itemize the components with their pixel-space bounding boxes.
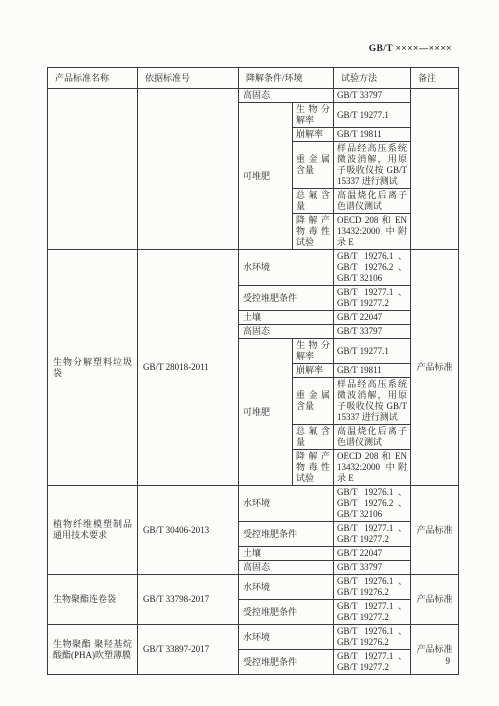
standard-no-cell: GB/T 30406-2013 [138,486,239,575]
document-page: GB/T ××××—×××× 产品标准名称 依据标准号 降解条件/环境 试验方法… [0,0,499,706]
method-cell: GB/T 19277.1、GB/T 19277.2 [334,286,411,311]
env-cell: 高固态 [239,89,334,103]
sub-condition-cell: 总氟含量 [293,189,334,214]
method-cell: GB/T 19276.1、GB/T 19276.2 [334,575,411,600]
method-cell: GB/T 33797 [334,325,411,339]
method-cell: 高温烧化后离子色谱仪测试 [334,189,411,214]
method-cell: OECD 208 和 EN 13432:2000 中附录 E [334,214,411,250]
table-header-row: 产品标准名称 依据标准号 降解条件/环境 试验方法 备注 [48,68,459,89]
table-row: 生物聚酯连卷袋GB/T 33798-2017水环境GB/T 19276.1、GB… [48,575,459,600]
env-cell: 受控堆肥条件 [239,286,334,311]
header-test-method: 试验方法 [334,68,411,89]
sub-condition-cell: 总氟含量 [293,425,334,450]
table-row: 生物分解塑料垃圾袋GB/T 28018-2011水环境GB/T 19276.1、… [48,250,459,286]
env-cell: 受控堆肥条件 [239,650,334,675]
env-cell: 受控堆肥条件 [239,522,334,547]
remark-cell: 产品标准 [411,625,459,675]
standard-no-cell: GB/T 28018-2011 [138,250,239,486]
method-cell: GB/T 22047 [334,311,411,325]
env-cell: 水环境 [239,575,334,600]
method-cell: GB/T 19277.1 [334,103,411,128]
env-cell: 受控堆肥条件 [239,600,334,625]
table-row: 植物纤维模塑制品通用技术要求GB/T 30406-2013水环境GB/T 192… [48,486,459,522]
method-cell: GB/T 33797 [334,89,411,103]
product-name-cell: 生物聚酯 聚羟基烷酸酯(PHA)吹塑薄膜 [48,625,138,675]
header-product-name: 产品标准名称 [48,68,138,89]
standard-no-cell: GB/T 33897-2017 [138,625,239,675]
remark-cell: 产品标准 [411,486,459,575]
doc-number: GB/T ××××—×××× [369,44,452,54]
env-cell: 可堆肥 [239,339,293,486]
table-row: 生物聚酯 聚羟基烷酸酯(PHA)吹塑薄膜GB/T 33897-2017水环境GB… [48,625,459,650]
method-cell: OECD 208 和 EN 13432:2000 中附录 E [334,450,411,486]
sub-condition-cell: 重金属含量 [293,142,334,189]
method-cell: GB/T 19811 [334,364,411,378]
env-cell: 水环境 [239,486,334,522]
standard-no-cell: GB/T 33798-2017 [138,575,239,625]
method-cell: GB/T 19277.1、GB/T 19277.2 [334,650,411,675]
sub-condition-cell: 崩解率 [293,128,334,142]
method-cell: GB/T 19277.1、GB/T 19277.2 [334,522,411,547]
method-cell: 样品经高压系统微波消解，用原子吸收仪按 GB/T 15337 进行测试 [334,142,411,189]
method-cell: GB/T 19277.1 [334,339,411,364]
method-cell: GB/T 22047 [334,547,411,561]
method-cell: GB/T 19276.1、GB/T 19276.2、GB/T 32106 [334,486,411,522]
standards-table: 产品标准名称 依据标准号 降解条件/环境 试验方法 备注 高固态GB/T 337… [47,67,459,675]
method-cell: GB/T 19276.1、GB/T 19276.2 [334,625,411,650]
sub-condition-cell: 崩解率 [293,364,334,378]
sub-condition-cell: 重金属含量 [293,378,334,425]
product-name-cell: 植物纤维模塑制品通用技术要求 [48,486,138,575]
product-name-cell: 生物分解塑料垃圾袋 [48,250,138,486]
remark-cell: 产品标准 [411,575,459,625]
env-cell: 高固态 [239,561,334,575]
sub-condition-cell: 生物分解率 [293,339,334,364]
env-cell: 水环境 [239,250,334,286]
product-name-cell [48,89,138,250]
method-cell: 样品经高压系统微波消解，用原子吸收仪按 GB/T 15337 进行测试 [334,378,411,425]
env-cell: 可堆肥 [239,103,293,250]
table-row: 高固态GB/T 33797 [48,89,459,103]
method-cell: GB/T 19276.1、GB/T 19276.2、GB/T 32106 [334,250,411,286]
method-cell: GB/T 19277.1、GB/T 19277.2 [334,600,411,625]
method-cell: 高温烧化后离子色谱仪测试 [334,425,411,450]
sub-condition-cell: 降解产物毒性试验 [293,214,334,250]
env-cell: 土壤 [239,547,334,561]
product-name-cell: 生物聚酯连卷袋 [48,575,138,625]
standard-no-cell [138,89,239,250]
header-standard-no: 依据标准号 [138,68,239,89]
header-degradation-condition: 降解条件/环境 [239,68,334,89]
remark-cell: 产品标准 [411,250,459,486]
sub-condition-cell: 降解产物毒性试验 [293,450,334,486]
page-number: 9 [446,656,451,666]
env-cell: 水环境 [239,625,334,650]
method-cell: GB/T 33797 [334,561,411,575]
env-cell: 高固态 [239,325,334,339]
sub-condition-cell: 生物分解率 [293,103,334,128]
remark-cell [411,89,459,250]
method-cell: GB/T 19811 [334,128,411,142]
header-remark: 备注 [411,68,459,89]
env-cell: 土壤 [239,311,334,325]
table-body: 高固态GB/T 33797可堆肥生物分解率GB/T 19277.1崩解率GB/T… [48,89,459,675]
